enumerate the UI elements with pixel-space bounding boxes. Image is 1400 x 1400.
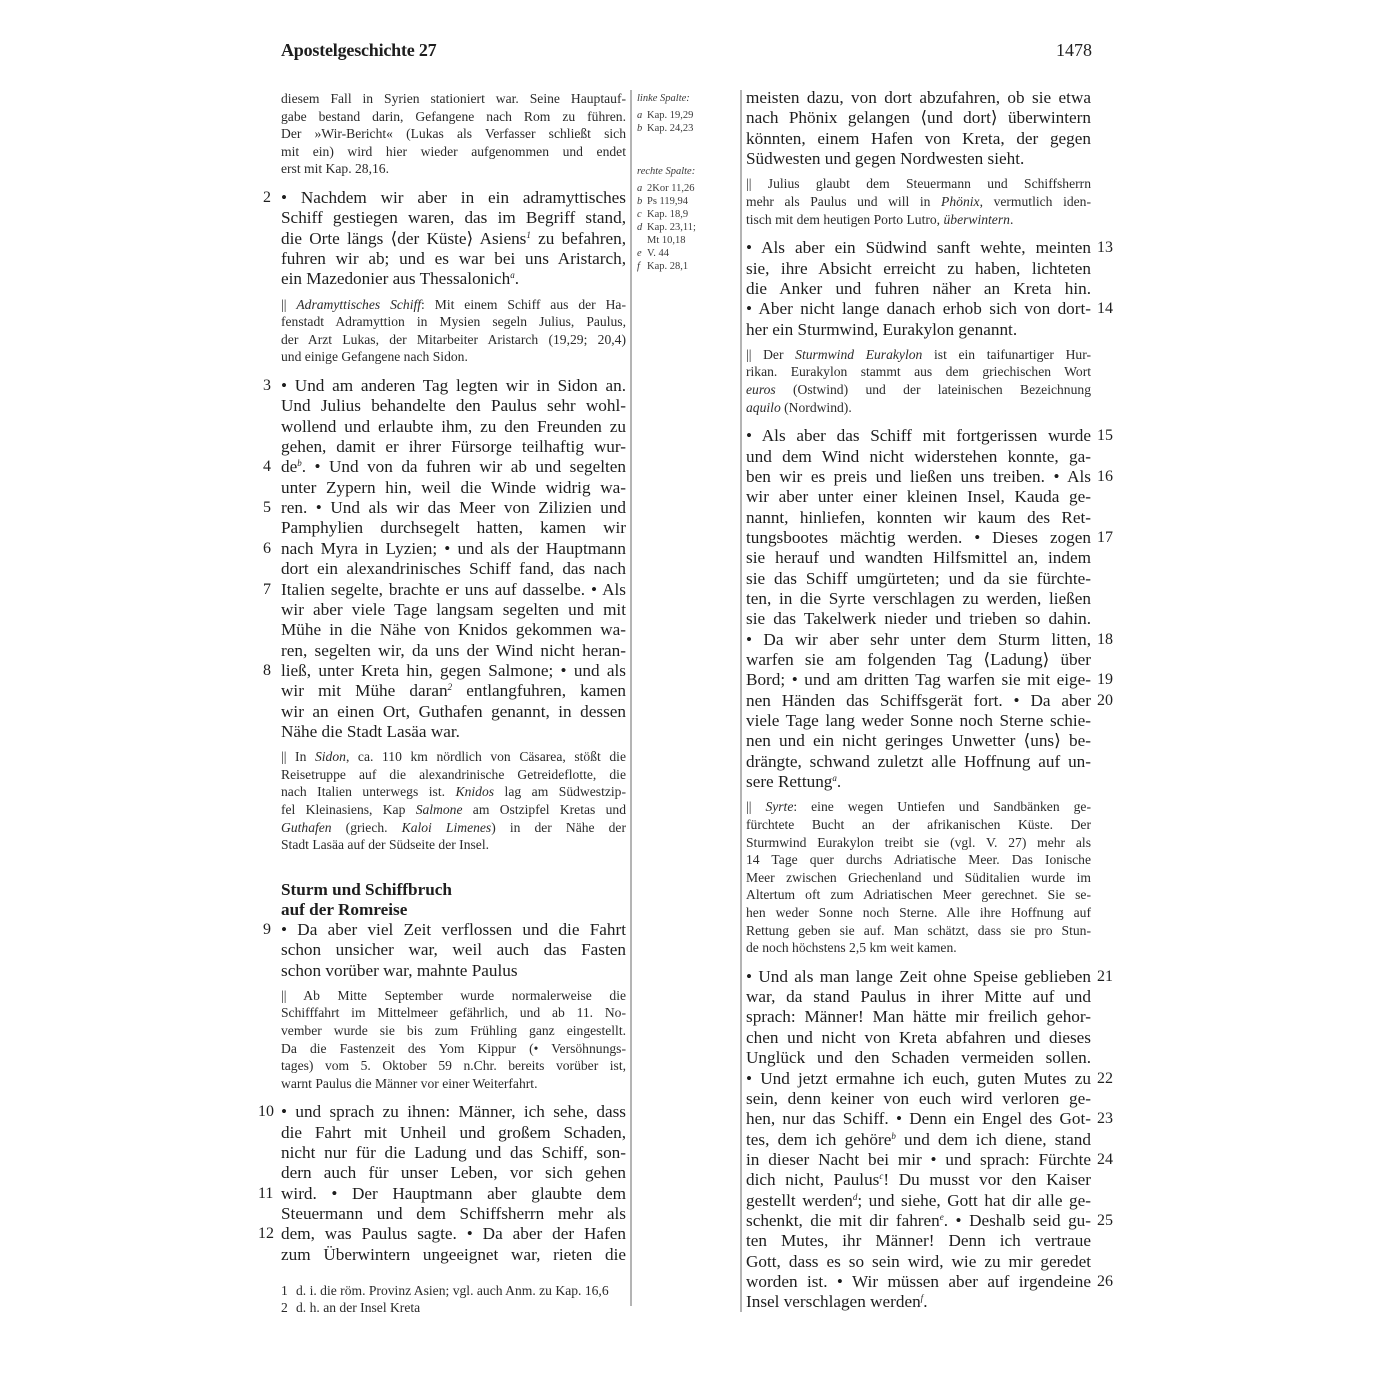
text-line: hen, nur das Schiff. • Denn ein Engel de…: [746, 1109, 1091, 1129]
text-line: tisch mit dem heutigen Porto Lutro, über…: [746, 211, 1091, 229]
text-line: Unglück und den Schaden vermeiden sollen…: [746, 1048, 1091, 1068]
verse-number: 2: [263, 188, 271, 208]
verse-number: 7: [263, 580, 271, 600]
text-line: Guthafen (griech. Kaloi Limenes) in der …: [281, 819, 626, 837]
text-line: euros (Ostwind) und der lateinischen Bez…: [746, 381, 1091, 399]
text-line: tes, dem ich gehöreb und dem ich diene, …: [746, 1130, 1091, 1150]
text-line: • Als aber ein Südwind sanft wehte, mein…: [746, 238, 1091, 258]
text-line: sie herauf und wandten Hilfsmittel an, i…: [746, 548, 1091, 568]
text-line: schon vorüber war, mahnte Paulus: [281, 961, 626, 981]
text-line: chen und nicht von Kreta abfahren und di…: [746, 1028, 1091, 1048]
text-line: • Da wir aber sehr unter dem Sturm litte…: [746, 630, 1091, 650]
text-line: Der »Wir-Bericht« (Lukas als Verfasser s…: [281, 125, 626, 143]
cross-reference: dKap. 23,11;: [637, 221, 737, 234]
verse-number: 18: [1097, 630, 1113, 650]
verse-number: 16: [1097, 467, 1113, 487]
text-line: nen Händen das Schiffsgerät fort. • Da a…: [746, 691, 1091, 711]
text-line: vember wurde sie bis zum Frühling ganz e…: [281, 1022, 626, 1040]
text-line: viele Tage lang weder Sonne noch Sterne …: [746, 711, 1091, 731]
text-line: de noch höchstens 2,5 km weit kamen.: [746, 939, 1091, 957]
running-header-book-chapter: Apostelgeschichte 27: [281, 40, 436, 61]
text-line: wir mit Mühe daran2 entlangfuhren, kamen: [281, 681, 626, 701]
text-line: || In Sidon, ca. 110 km nördlich von Cäs…: [281, 748, 626, 766]
text-line: • Aber nicht lange danach erhob sich von…: [746, 299, 1091, 319]
text-line: ten, in die Syrte verschlagen zu werden,…: [746, 589, 1091, 609]
verse-number: 21: [1097, 967, 1113, 987]
verse-number: 6: [263, 539, 271, 559]
text-line: || Adramyttisches Schiff: Mit einem Schi…: [281, 296, 626, 314]
text-line: Südwesten und gegen Nordwesten sieht.: [746, 149, 1091, 169]
verse-block-21-26: • Und als man lange Zeit ohne Speise geb…: [746, 967, 1091, 1313]
text-line: • Und am anderen Tag legten wir in Sidon…: [281, 376, 626, 396]
cross-reference: fKap. 28,1: [637, 260, 737, 273]
text-line: tungsbootes mächtig werden. • Dieses zog…: [746, 528, 1091, 548]
text-line: warfen sie am folgenden Tag ⟨Ladung⟩ übe…: [746, 650, 1091, 670]
verse-number: 8: [263, 661, 271, 681]
verse-block-12-cont: meisten dazu, von dort abzufahren, ob si…: [746, 88, 1091, 169]
cross-reference: Mt 10,18: [637, 234, 737, 247]
column-divider-left: [630, 90, 632, 1306]
cross-ref-heading-right: rechte Spalte:: [637, 165, 737, 178]
text-line: schenkt, die mit dir fahrene. • Deshalb …: [746, 1211, 1091, 1231]
text-line: mehr als Paulus und will in Phönix, verm…: [746, 193, 1091, 211]
text-line: gestellt werdend; und siehe, Gott hat di…: [746, 1191, 1091, 1211]
verse-number: 25: [1097, 1211, 1113, 1231]
text-line: Gott, dass es so sein wird, wie zu mir g…: [746, 1252, 1091, 1272]
cross-ref-list-left: aKap. 19,29bKap. 24,23: [637, 109, 737, 135]
column-divider-right: [740, 90, 742, 1312]
cross-reference: bPs 119,94: [637, 195, 737, 208]
text-line: sie das Schiff umgürteten; und da sie fü…: [746, 569, 1091, 589]
commentary-note: || In Sidon, ca. 110 km nördlich von Cäs…: [281, 748, 626, 854]
cross-reference: cKap. 18,9: [637, 208, 737, 221]
text-line: nen und ein nicht geringes Unwetter ⟨uns…: [746, 731, 1091, 751]
text-line: und dem Wind nicht widerstehen konnte, g…: [746, 447, 1091, 467]
verse-number: 19: [1097, 670, 1113, 690]
left-column: diesem Fall in Syrien stationiert war. S…: [281, 88, 626, 1265]
text-line: dich nicht, Paulusc! Du musst vor den Ka…: [746, 1170, 1091, 1190]
text-line: zum Überwintern ungeeignet war, rieten d…: [281, 1245, 626, 1265]
text-line: • Und als man lange Zeit ohne Speise geb…: [746, 967, 1091, 987]
text-line: Sturmwind Eurakylon treibt sie (vgl. V. …: [746, 834, 1091, 852]
verse-number: 12: [258, 1224, 274, 1244]
verse-number: 20: [1097, 691, 1113, 711]
verse-number: 9: [263, 920, 271, 940]
text-line: wir aber unter einer kleinen Insel, Kaud…: [746, 487, 1091, 507]
text-line: fürchtete Bucht an der afrikanischen Küs…: [746, 816, 1091, 834]
text-line: sprach: Männer! Man hätte mir freilich g…: [746, 1007, 1091, 1027]
page-number: 1478: [1040, 40, 1092, 61]
text-line: die Orte längs ⟨der Küste⟩ Asiens1 zu be…: [281, 229, 626, 249]
text-line: nicht nur für die Ladung und das Schiff,…: [281, 1143, 626, 1163]
cross-ref-heading-left: linke Spalte:: [637, 92, 737, 105]
section-heading: Sturm und Schiffbruch auf der Romreise: [281, 880, 626, 920]
text-line: rikan. Eurakylon stammt aus dem griechis…: [746, 363, 1091, 381]
text-line: • Als aber das Schiff mit fortgerissen w…: [746, 426, 1091, 446]
verse-block-9: • Da aber viel Zeit verflossen und die F…: [281, 920, 626, 981]
text-line: sere Rettunga.: [746, 772, 1091, 792]
text-line: Insel verschlagen werdenf.: [746, 1292, 1091, 1312]
text-line: sie, ihre Absicht erreicht zu haben, lic…: [746, 259, 1091, 279]
text-line: wird. • Der Hauptmann aber glaubte dem11: [281, 1184, 626, 1204]
text-line: und einige Gefangene nach Sidon.: [281, 348, 626, 366]
cross-reference: a2Kor 11,26: [637, 182, 737, 195]
text-line: Meer zwischen Griechenland und Süditalie…: [746, 869, 1091, 887]
commentary-note: diesem Fall in Syrien stationiert war. S…: [281, 90, 626, 178]
text-line: • Nachdem wir aber in ein adramyttisches…: [281, 188, 626, 208]
text-line: || Der Sturmwind Eurakylon ist ein taifu…: [746, 346, 1091, 364]
text-line: nach Phönix gelangen ⟨und dort⟩ überwint…: [746, 108, 1091, 128]
text-line: gehen, damit er ihrer Fürsorge teilhafti…: [281, 437, 626, 457]
text-line: der Arzt Lukas, der Mitarbeiter Aristarc…: [281, 331, 626, 349]
text-line: die Anker und fuhren näher an Kreta hin.: [746, 279, 1091, 299]
footnote: 2d. h. an der Insel Kreta: [281, 1299, 626, 1316]
text-line: drängte, schwand zuletzt alle Hoffnung a…: [746, 752, 1091, 772]
text-line: Schiff gestiegen waren, das im Begriff s…: [281, 208, 626, 228]
text-line: sie das Takelwerk nieder und trieben so …: [746, 609, 1091, 629]
text-line: || Ab Mitte September wurde normalerweis…: [281, 987, 626, 1005]
commentary-note: || Julius glaubt dem Steuermann und Schi…: [746, 175, 1091, 228]
cross-reference: eV. 44: [637, 247, 737, 260]
verse-number: 4: [263, 457, 271, 477]
text-line: worden ist. • Wir müssen aber auf irgend…: [746, 1272, 1091, 1292]
text-line: Pamphylien durchsegelt hatten, kamen wir: [281, 518, 626, 538]
text-line: diesem Fall in Syrien stationiert war. S…: [281, 90, 626, 108]
text-line: Steuermann und dem Schiffsherrn mehr als: [281, 1204, 626, 1224]
verse-number: 11: [258, 1184, 273, 1204]
text-line: 14 Tage quer durchs Adriatische Meer. Da…: [746, 851, 1091, 869]
verse-block-10-12: • und sprach zu ihnen: Männer, ich sehe,…: [281, 1102, 626, 1265]
text-line: Nähe die Stadt Lasäa war.: [281, 722, 626, 742]
verse-block-15-20: • Als aber das Schiff mit fortgerissen w…: [746, 426, 1091, 792]
verse-number: 15: [1097, 426, 1113, 446]
text-line: ließ, unter Kreta hin, gegen Salmone; • …: [281, 661, 626, 681]
text-line: her ein Sturmwind, Eurakylon genannt.: [746, 320, 1091, 340]
text-line: ben wir es preis und ließen uns treiben.…: [746, 467, 1091, 487]
text-line: ten Mutes, ihr Männer! Denn ich vertraue: [746, 1231, 1091, 1251]
text-line: war, da stand Paulus in ihrer Mitte auf …: [746, 987, 1091, 1007]
verse-block-3-8: • Und am anderen Tag legten wir in Sidon…: [281, 376, 626, 742]
commentary-note: || Adramyttisches Schiff: Mit einem Schi…: [281, 296, 626, 366]
text-line: hen weder Sonne noch Sterne. Alle ihre H…: [746, 904, 1091, 922]
commentary-note: || Der Sturmwind Eurakylon ist ein taifu…: [746, 346, 1091, 416]
commentary-note: || Syrte: eine wegen Untiefen und Sandbä…: [746, 798, 1091, 956]
text-line: die Fahrt mit Unheil und großem Schaden,: [281, 1123, 626, 1143]
verse-number: 17: [1097, 528, 1113, 548]
verse-number: 24: [1097, 1150, 1113, 1170]
text-line: mit ein) wird hier wieder aufgenommen un…: [281, 143, 626, 161]
text-line: Italien segelte, brachte er uns auf dass…: [281, 580, 626, 600]
text-line: ren. • Und als wir das Meer von Zilizien…: [281, 498, 626, 518]
text-line: warnt Paulus die Männer vor einer Weiter…: [281, 1075, 626, 1093]
verse-block-13-14: • Als aber ein Südwind sanft wehte, mein…: [746, 238, 1091, 340]
text-line: nannt, hinliefen, konnten wir kaum des R…: [746, 508, 1091, 528]
text-line: meisten dazu, von dort abzufahren, ob si…: [746, 88, 1091, 108]
text-line: sein, denn keiner von euch wird verloren…: [746, 1089, 1091, 1109]
text-line: Stadt Lasäa auf der Südseite der Insel.: [281, 836, 626, 854]
text-line: tages) vom 5. Oktober 59 n.Chr. bereits …: [281, 1057, 626, 1075]
text-line: gabe bestand darin, Gefangene nach Rom z…: [281, 108, 626, 126]
verse-number: 23: [1097, 1109, 1113, 1129]
text-line: • Da aber viel Zeit verflossen und die F…: [281, 920, 626, 940]
text-line: Reisetruppe auf die alexandrinische Getr…: [281, 766, 626, 784]
text-line: wollend und erlaubte ihm, zu den Freunde…: [281, 417, 626, 437]
text-line: in dieser Nacht bei mir • und sprach: Fü…: [746, 1150, 1091, 1170]
text-line: Mühe in die Nähe von Knidos gekommen wa-: [281, 620, 626, 640]
verse-number: 10: [258, 1102, 274, 1122]
cross-reference: aKap. 19,29: [637, 109, 737, 122]
text-line: dern auch für unser Leben, vor sich gehe…: [281, 1163, 626, 1183]
text-line: Da die Fastenzeit des Yom Kippur (• Vers…: [281, 1040, 626, 1058]
right-column: meisten dazu, von dort abzufahren, ob si…: [746, 88, 1091, 1313]
text-line: wir an einen Ort, Guthafen genannt, in d…: [281, 702, 626, 722]
text-line: unter Zypern hin, weil die Winde widrig …: [281, 478, 626, 498]
text-line: • Und jetzt ermahne ich euch, guten Mute…: [746, 1069, 1091, 1089]
text-line: || Julius glaubt dem Steuermann und Schi…: [746, 175, 1091, 193]
text-line: Schifffahrt im Mittelmeer gefährlich, un…: [281, 1004, 626, 1022]
verse-number: 22: [1097, 1069, 1113, 1089]
verse-block-2: • Nachdem wir aber in ein adramyttisches…: [281, 188, 626, 290]
verse-number: 5: [263, 498, 271, 518]
text-line: fel Kleinasiens, Kap Salmone am Ostzipfe…: [281, 801, 626, 819]
text-line: fuhren wir ab; und es war bei uns Arista…: [281, 249, 626, 269]
verse-number: 13: [1097, 238, 1113, 258]
text-line: erst mit Kap. 28,16.: [281, 160, 626, 178]
verse-number: 26: [1097, 1272, 1113, 1292]
commentary-note: || Ab Mitte September wurde normalerweis…: [281, 987, 626, 1093]
text-line: nach Italien unterwegs ist. Knidos lag a…: [281, 783, 626, 801]
text-line: könnten, einem Hafen von Kreta, der gege…: [746, 129, 1091, 149]
cross-reference: bKap. 24,23: [637, 122, 737, 135]
text-line: Altertum oft zum Adriatischen Meer gerec…: [746, 886, 1091, 904]
text-line: schon unsicher war, weil auch das Fasten: [281, 940, 626, 960]
cross-ref-list-right: a2Kor 11,26bPs 119,94cKap. 18,9dKap. 23,…: [637, 182, 737, 273]
text-line: nach Myra in Lyzien; • und als der Haupt…: [281, 539, 626, 559]
verse-number: 3: [263, 376, 271, 396]
text-line: Bord; • und am dritten Tag warfen sie mi…: [746, 670, 1091, 690]
text-line: wir aber viele Tage langsam segelten und…: [281, 600, 626, 620]
text-line: ein Mazedonier aus Thessalonicha.: [281, 269, 626, 289]
text-line: Rettung geben sie auf. Man schätzt, dass…: [746, 922, 1091, 940]
text-line: ren, segelten wir, da uns der Wind nicht…: [281, 641, 626, 661]
text-line: aquilo (Nordwind).: [746, 399, 1091, 417]
verse-number: 14: [1097, 299, 1113, 319]
footnotes: 1d. i. die röm. Provinz Asien; vgl. auch…: [281, 1282, 626, 1316]
text-line: dem, was Paulus sagte. • Da aber der Haf…: [281, 1224, 626, 1244]
text-line: dort ein alexandrinisches Schiff fand, d…: [281, 559, 626, 579]
cross-references: linke Spalte: aKap. 19,29bKap. 24,23 rec…: [637, 92, 737, 273]
text-line: Und Julius behandelte den Paulus sehr wo…: [281, 396, 626, 416]
text-line: deb. • Und von da fuhren wir ab und sege…: [281, 457, 626, 477]
text-line: || Syrte: eine wegen Untiefen und Sandbä…: [746, 798, 1091, 816]
text-line: • und sprach zu ihnen: Männer, ich sehe,…: [281, 1102, 626, 1122]
text-line: fenstadt Adramyttion in Mysien segeln Ju…: [281, 313, 626, 331]
footnote: 1d. i. die röm. Provinz Asien; vgl. auch…: [281, 1282, 626, 1299]
